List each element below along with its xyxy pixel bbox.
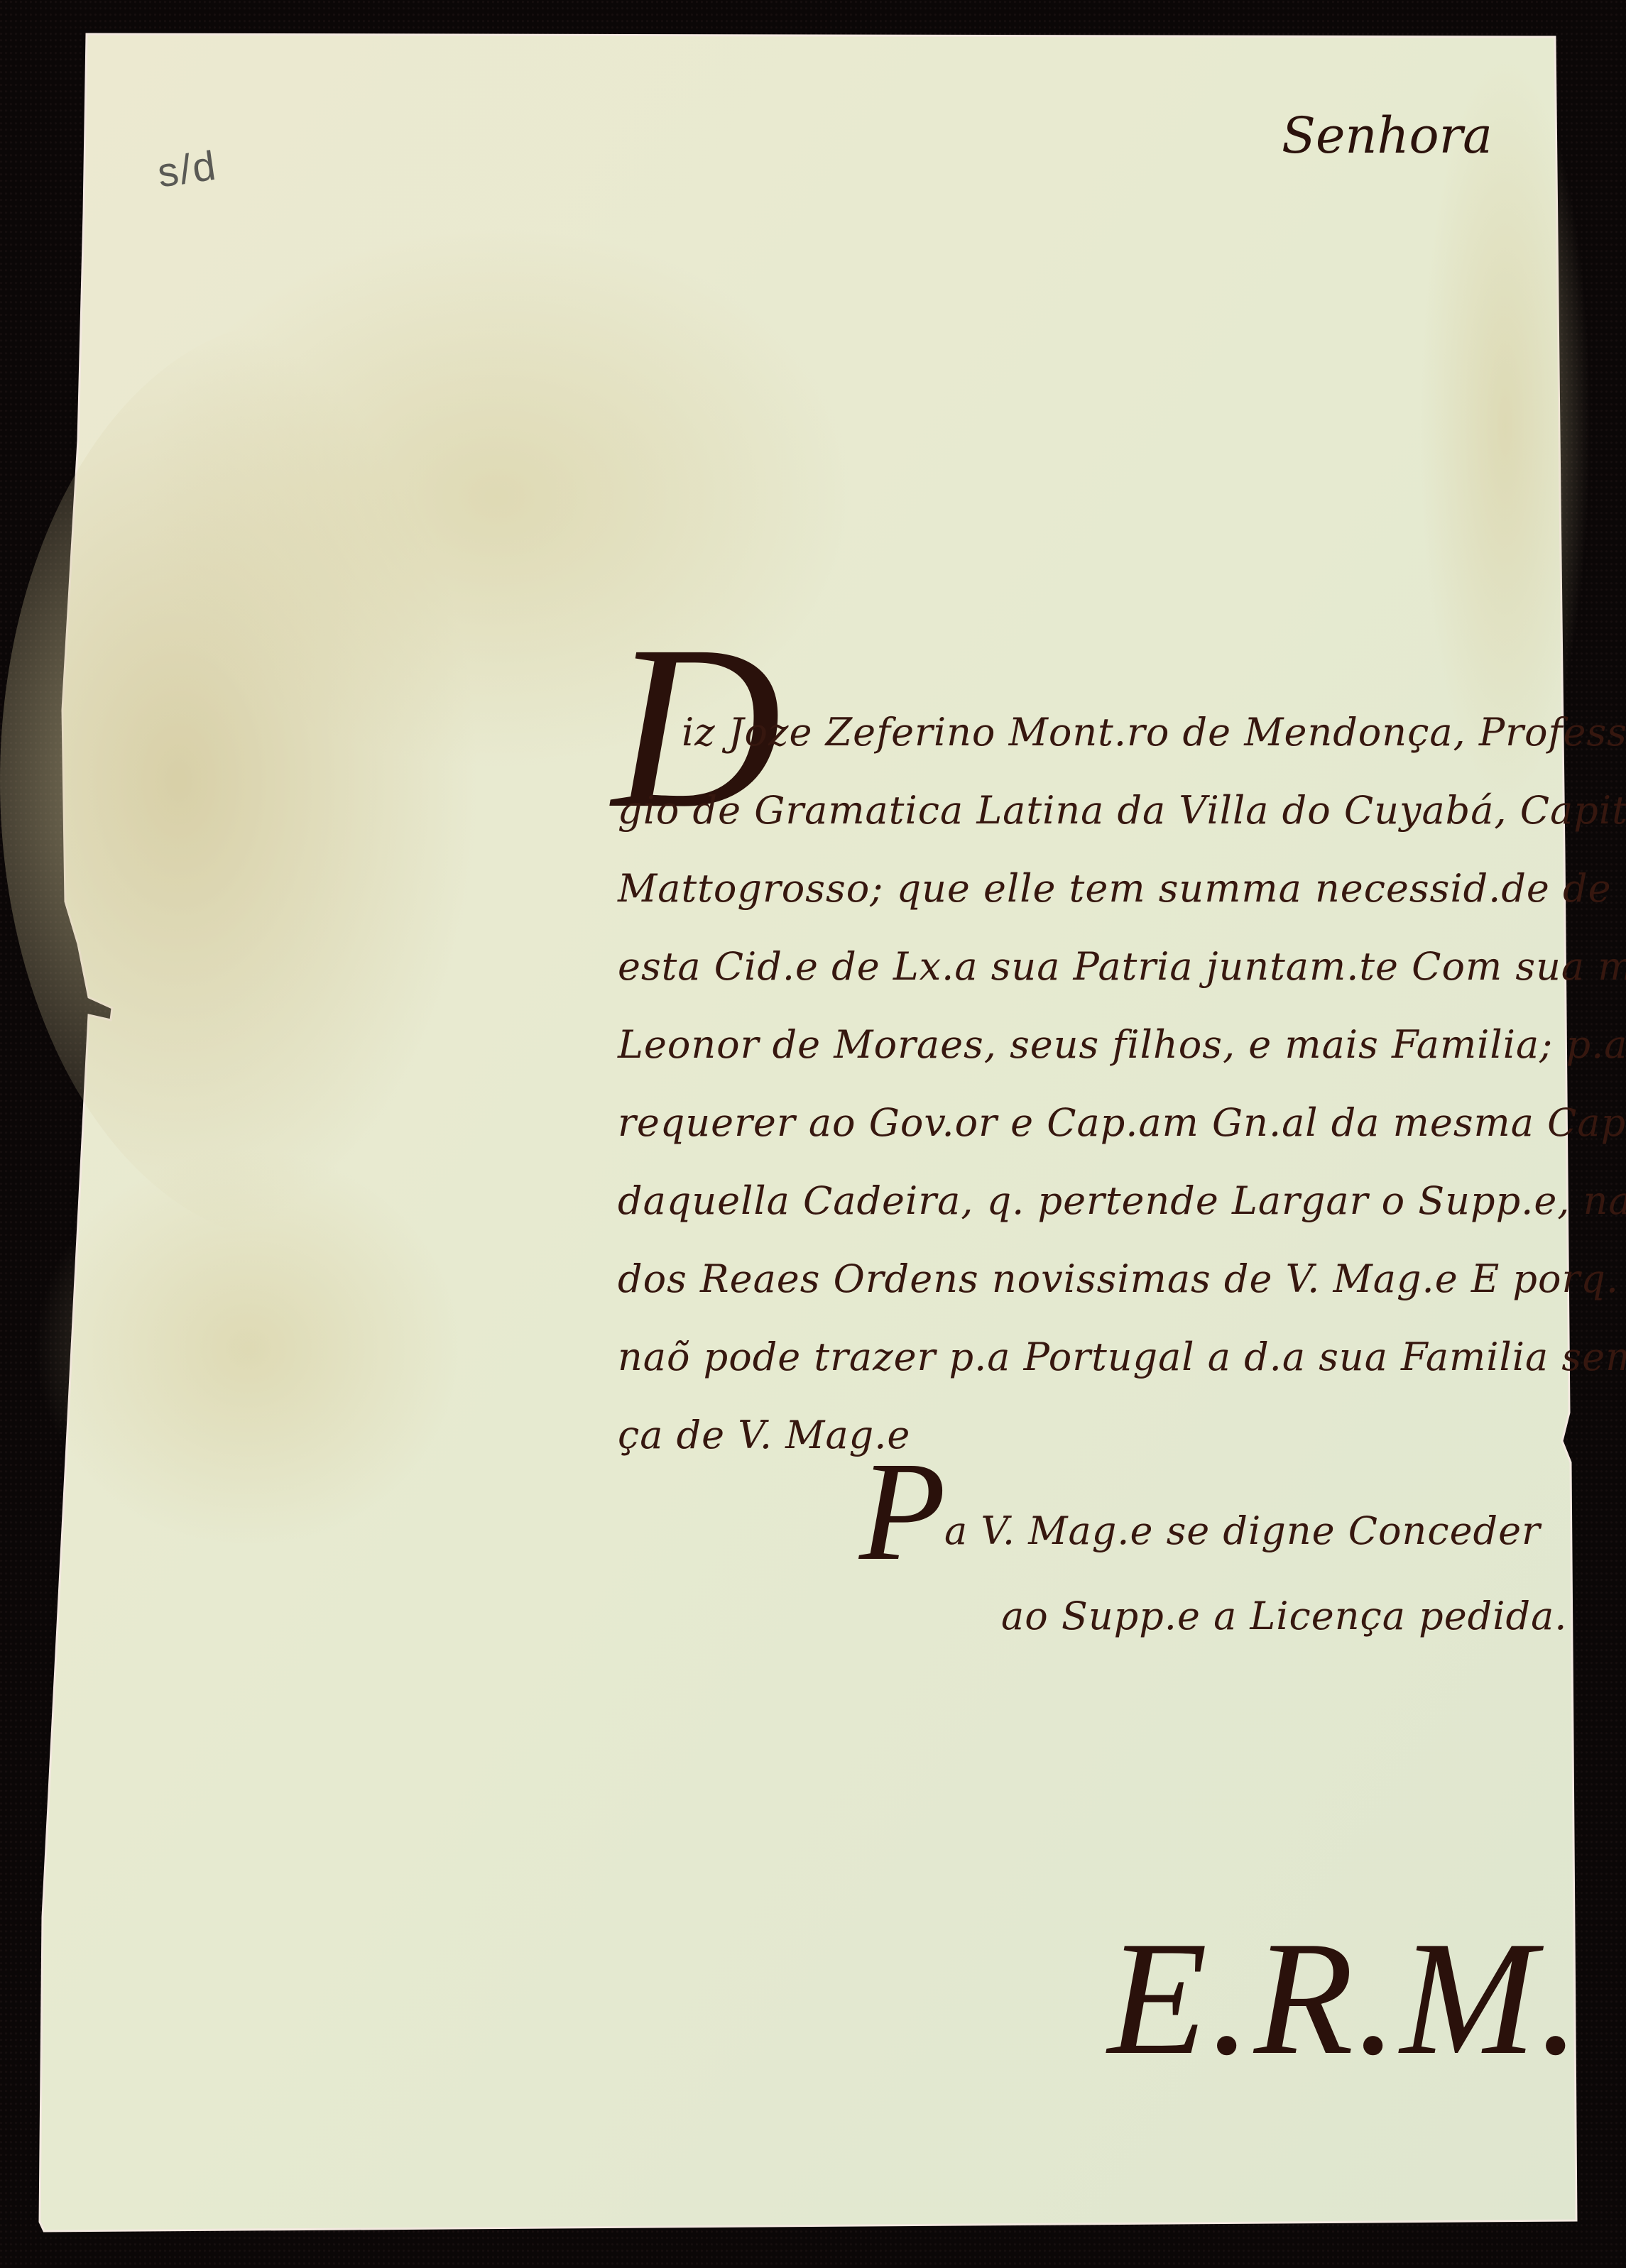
signature-initials: E.R.M. [1108,1917,1583,2080]
body-line: Mattogrosso; que elle tem summa necessid… [618,866,1626,911]
closing-line: a V. Mag.e se digne Conceder [944,1508,1541,1553]
body-line: dos Reaes Ordens novissimas de V. Mag.e … [618,1256,1626,1301]
closing-initial: P [859,1441,946,1583]
body-line: esta Cid.e de Lx.a sua Patria juntam.te … [618,944,1626,989]
closing-line: ao Supp.e a Licença pedida. [1001,1594,1567,1638]
archive-pencil-mark: s/d [155,142,220,197]
body-line: iz Joze Zeferino Mont.ro de Mendonça, Pr… [682,710,1626,755]
body-line: requerer ao Gov.or e Cap.am Gn.al da mes… [618,1100,1626,1145]
body-line: gio de Gramatica Latina da Villa do Cuya… [618,788,1626,833]
body-line: daquella Cadeira, q. pertende Largar o S… [618,1178,1626,1223]
manuscript-page: s/d Senhora D iz Joze Zeferino Mont.ro d… [0,0,1626,2268]
salutation: Senhora [1282,106,1493,165]
body-line: naõ pode trazer p.a Portugal a d.a sua F… [618,1335,1626,1379]
body-line: Leonor de Moraes, seus filhos, e mais Fa… [618,1022,1626,1067]
